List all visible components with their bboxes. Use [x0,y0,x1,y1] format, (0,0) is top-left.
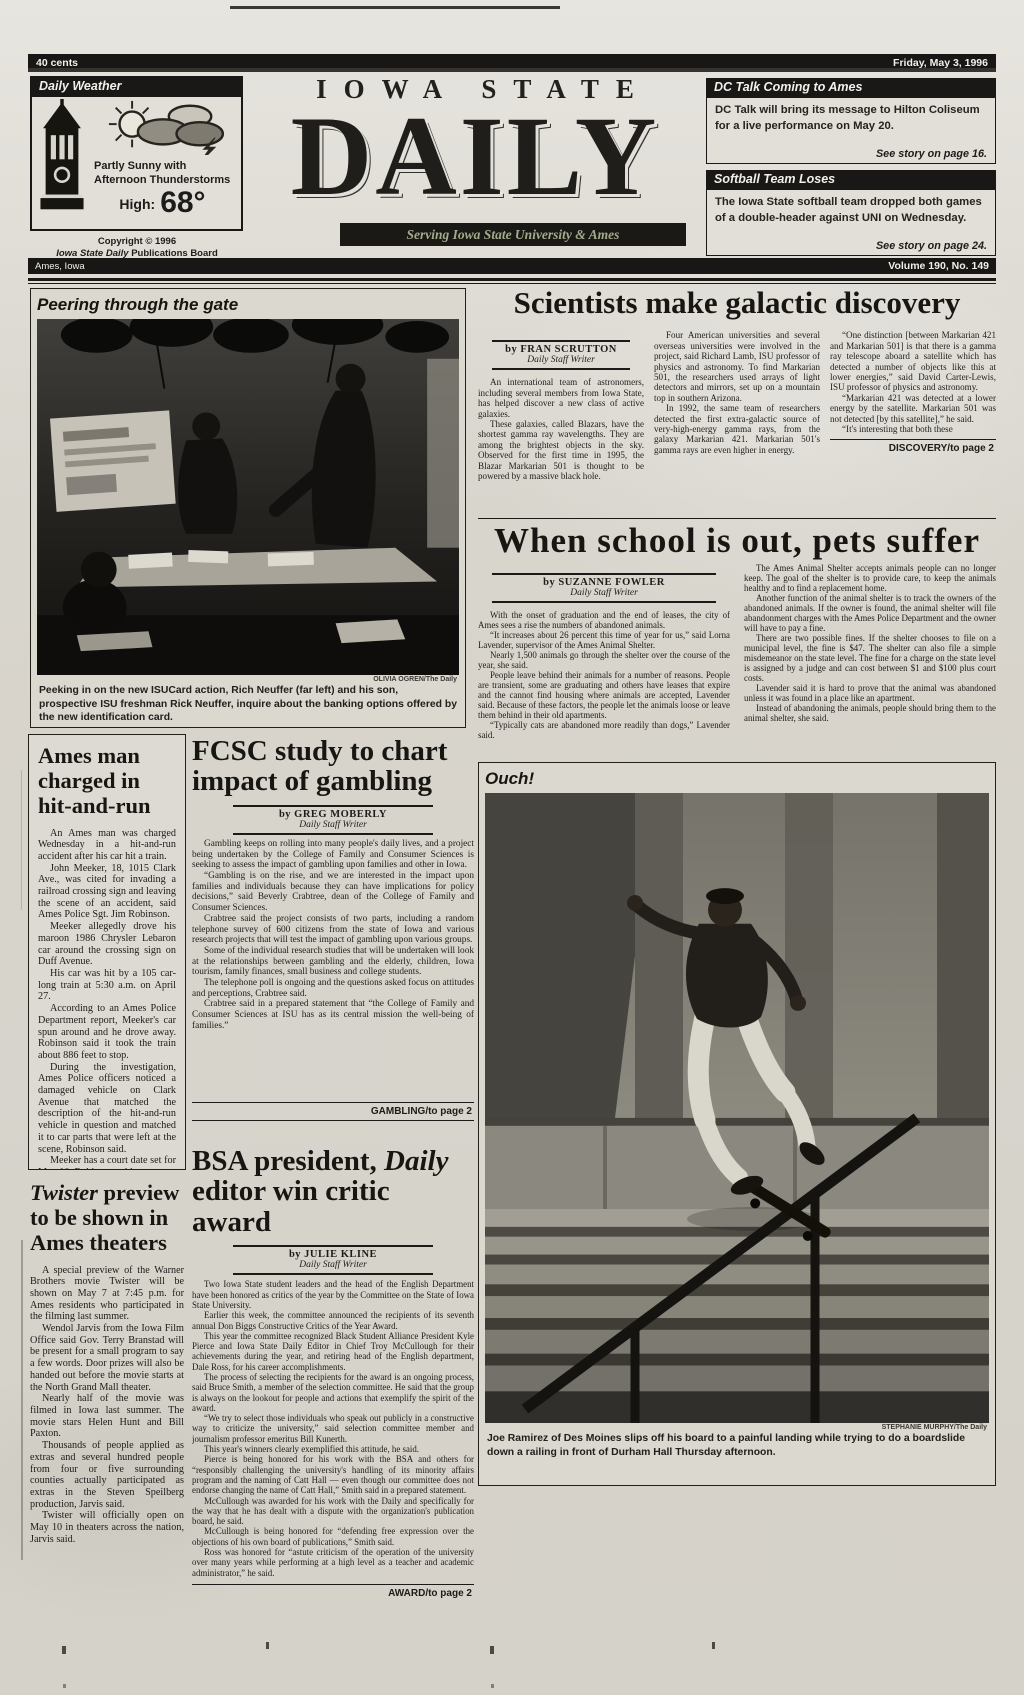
discovery-headline: Scientists make galactic discovery [478,288,996,318]
ouch-photo-caption: Joe Ramirez of Des Moines slips off his … [485,1431,989,1460]
weather-art-icon [94,142,232,159]
ouch-photo-credit: STEPHANIE MURPHY/The Daily [485,1423,989,1431]
weather-box: Daily Weather [30,76,243,231]
article-twister: Twister preview to be shown in Ames thea… [28,1180,186,1580]
teaser-softball: Softball Team Loses The Iowa State softb… [706,170,996,256]
print-artifact [63,1684,66,1688]
discovery-jump-line: DISCOVERY/to page 2 [830,439,996,456]
teaser-dc-talk: DC Talk Coming to Ames DC Talk will brin… [706,78,996,164]
isucard-photo-caption: Peeking in on the new ISUCard action, Ri… [37,683,459,726]
print-artifact [62,1646,66,1654]
header-divider [28,278,996,284]
location-label: Ames, Iowa [35,261,85,272]
teaser-dc-talk-body: DC Talk will bring its message to Hilton… [707,98,995,135]
isucard-photo-title: Peering through the gate [37,295,459,315]
print-artifact [266,1642,269,1649]
volume-label: Volume 190, No. 149 [888,260,989,272]
campanile-icon [32,97,88,213]
masthead-title: DAILY [252,107,698,206]
print-artifact [491,1684,494,1688]
teaser-dc-talk-title: DC Talk Coming to Ames [707,79,995,98]
top-bar: 40 cents Friday, May 3, 1996 [28,54,996,72]
award-headline: BSA president, Daily editor win critic a… [192,1146,474,1237]
date-label: Friday, May 3, 1996 [893,57,988,69]
pets-byline: by SUZANNE FOWLER Daily Staff Writer [492,573,716,603]
location-bar: Ames, Iowa Volume 190, No. 149 [28,258,996,274]
article-pets: When school is out, pets suffer by SUZAN… [478,518,996,753]
forecast-text: Partly Sunny with Afternoon Thunderstorm… [88,160,237,188]
top-rule [230,6,560,9]
weather-box-title: Daily Weather [32,78,241,97]
award-byline: by JULIE KLINE Daily Staff Writer [233,1245,433,1275]
twister-headline: Twister preview to be shown in Ames thea… [30,1180,184,1256]
print-artifact [712,1642,715,1649]
teaser-dc-talk-see: See story on page 16. [876,148,987,160]
copyright-notice: Copyright © 1996 Iowa State Daily Public… [18,236,256,261]
gambling-jump-line: GAMBLING/to page 2 [192,1102,474,1121]
award-jump-line: AWARD/to page 2 [192,1584,474,1601]
pets-headline: When school is out, pets suffer [478,524,996,558]
print-artifact [490,1646,494,1654]
high-value: 68° [160,189,205,216]
discovery-byline: by FRAN SCRUTTON Daily Staff Writer [492,340,630,370]
high-label: High: [119,196,155,216]
article-award: BSA president, Daily editor win critic a… [192,1146,474,1601]
masthead: IOWA STATE DAILY Serving Iowa State Univ… [252,74,698,252]
article-discovery: Scientists make galactic discovery by FR… [478,288,996,506]
scan-streak [21,1240,23,1560]
article-hitrun: Ames man charged in hit-and-run An Ames … [28,734,186,1170]
ouch-photo-box: Ouch! [478,762,996,1486]
teaser-softball-see: See story on page 24. [876,240,987,252]
skateboard-photo [485,793,989,1423]
newspaper-page: 40 cents Friday, May 3, 1996 Daily Weath… [0,0,1024,1695]
isucard-photo [37,319,459,675]
teaser-softball-body: The Iowa State softball team dropped bot… [707,190,995,227]
isucard-photo-credit: OLIVIA OGREN/The Daily [37,675,459,683]
teaser-softball-title: Softball Team Loses [707,171,995,190]
scan-streak [21,770,22,910]
ouch-photo-title: Ouch! [485,769,989,789]
gambling-byline: by GREG MOBERLY Daily Staff Writer [233,805,433,835]
isucard-photo-box: Peering through the gate [30,288,466,728]
price-label: 40 cents [36,57,78,69]
hitrun-headline: Ames man charged in hit-and-run [38,743,176,819]
masthead-tagline: Serving Iowa State University & Ames [340,223,686,246]
article-gambling: FCSC study to chart impact of gambling b… [192,736,474,1121]
gambling-headline: FCSC study to chart impact of gambling [192,736,474,797]
